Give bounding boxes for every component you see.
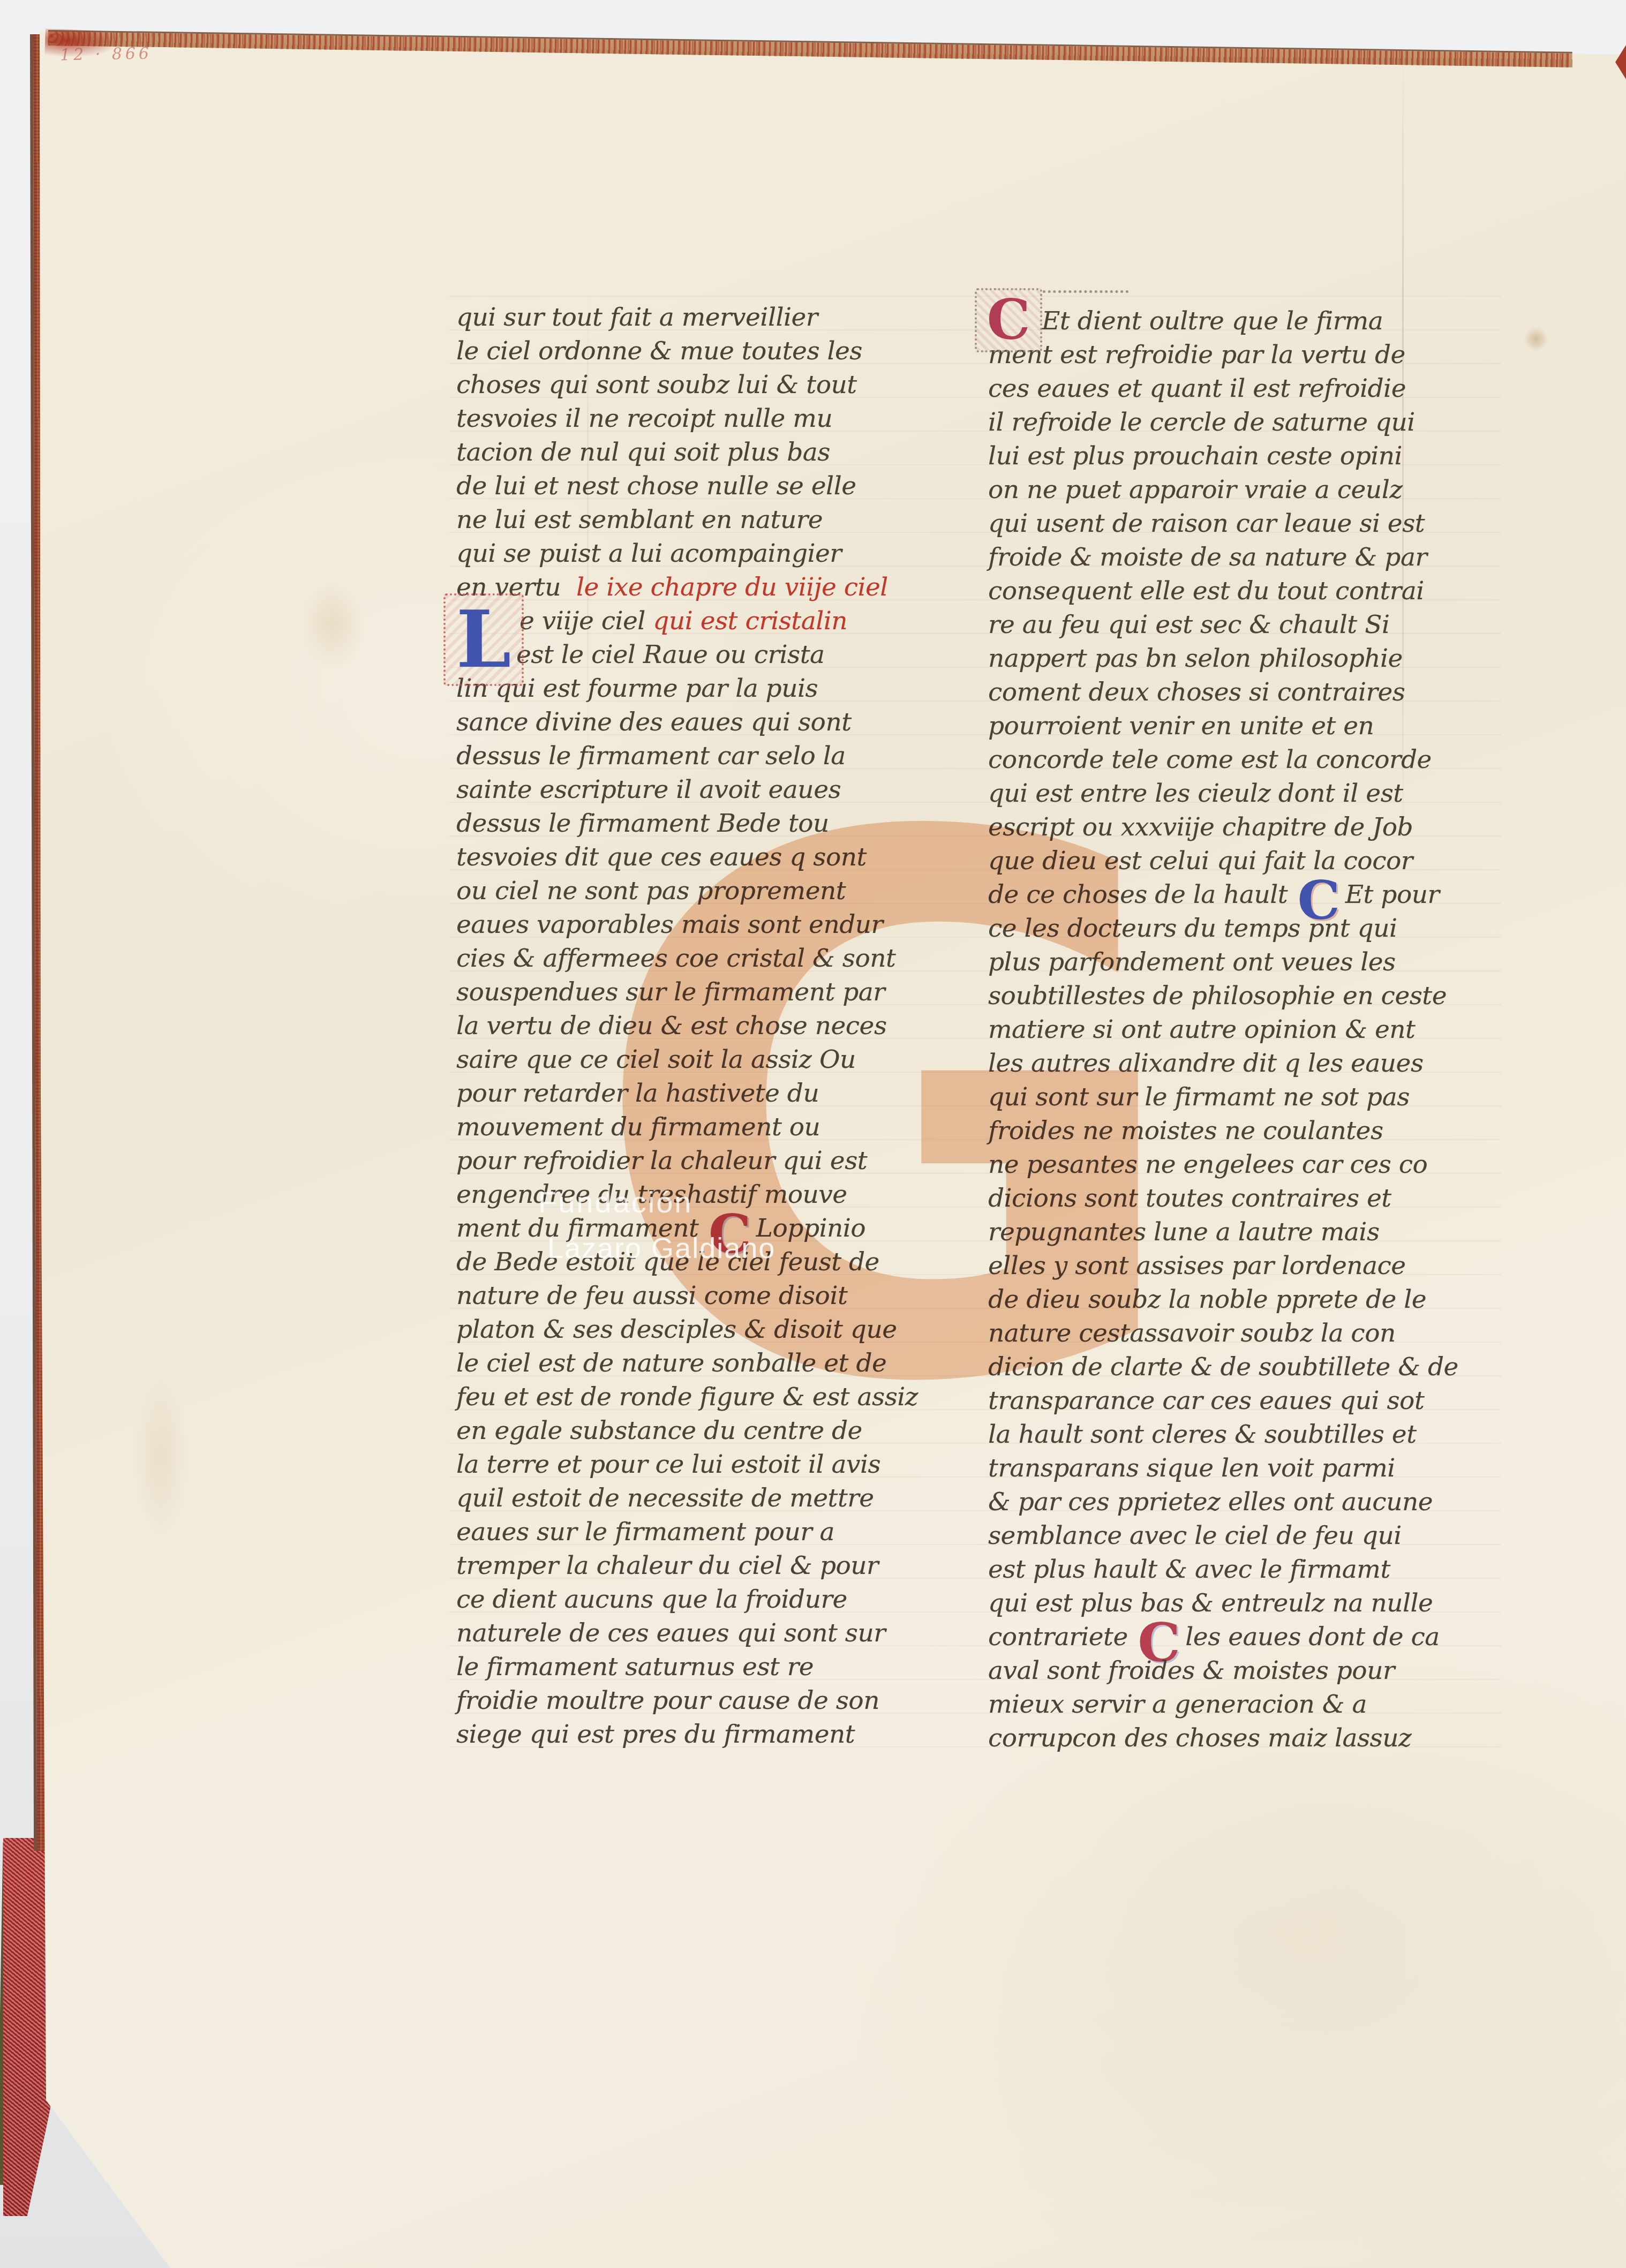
text-line: ne pesantes ne engelees car ces co	[988, 1149, 1489, 1182]
body-text: tesvoies dit que ces eaues q sont	[456, 842, 867, 872]
body-text: choses qui sont soubz lui & tout	[456, 370, 857, 400]
body-text: froidie moultre pour cause de son	[456, 1686, 879, 1715]
parchment-stain	[134, 1371, 187, 1542]
text-line: saire que ce ciel soit la assiz Ou	[456, 1044, 895, 1078]
body-text: ou ciel ne sont pas proprement	[456, 876, 846, 906]
text-line: qui est plus bas & entreulz na nulle	[988, 1587, 1489, 1621]
text-line: il refroide le cercle de saturne qui	[988, 406, 1489, 440]
text-line: contrariete Cles eaues dont de ca	[988, 1621, 1489, 1655]
text-line: re au feu qui est sec & chault Si	[988, 609, 1489, 643]
rubric-text: qui est cristalin	[653, 606, 847, 636]
body-text: pourroient venir en unite et en	[988, 711, 1374, 741]
body-text: ment est refroidie par la vertu de	[988, 340, 1405, 370]
body-text: les eaues dont de ca	[1185, 1622, 1440, 1652]
body-text: les autres alixandre dit q les eaues	[988, 1049, 1424, 1078]
text-line: la vertu de dieu & est chose neces	[456, 1010, 895, 1044]
body-text: saire que ce ciel soit la assiz Ou	[456, 1045, 856, 1074]
parchment-stain	[1524, 327, 1548, 351]
body-text: repugnantes lune a lautre mais	[988, 1217, 1380, 1247]
text-line: elles y sont assises par lordenace	[988, 1250, 1489, 1284]
body-text: feu et est de ronde figure & est assiz	[456, 1382, 918, 1412]
text-line: cies & affermees coe cristal & sont	[456, 943, 895, 976]
body-text: quil estoit de necessite de mettre	[456, 1483, 874, 1513]
body-text: engendree du treshastif mouve	[456, 1180, 847, 1209]
illuminated-initial-L: L	[443, 593, 524, 686]
text-line: tremper la chaleur du ciel & pour	[456, 1550, 895, 1584]
body-text: ne lui est semblant en nature	[456, 505, 823, 534]
body-text: transparance car ces eaues qui sot	[988, 1386, 1424, 1415]
text-line: dessus le firmament car selo la	[456, 740, 895, 774]
initial-letter: C	[987, 288, 1030, 352]
text-line: repugnantes lune a lautre mais	[988, 1216, 1489, 1250]
text-line: platon & ses desciples & disoit que	[456, 1314, 895, 1347]
body-text: & par ces pprietez elles ont aucune	[988, 1487, 1433, 1517]
body-text: soubtillestes de philosophie en ceste	[988, 981, 1447, 1011]
text-line: dessus le firmament Bede tou	[456, 808, 895, 841]
text-line: nature de feu aussi come disoit	[456, 1280, 895, 1314]
body-text: qui est plus bas & entreulz na nulle	[988, 1588, 1433, 1618]
body-text: souspendues sur le firmament par	[456, 977, 885, 1007]
text-line: la hault sont cleres & soubtilles et	[988, 1419, 1489, 1452]
text-line: transparans sique len voit parmi	[988, 1452, 1489, 1486]
text-line: la terre et pour ce lui estoit il avis	[456, 1449, 895, 1482]
text-line: le firmament saturnus est re	[456, 1651, 895, 1685]
top-left-inscription: 12 · 866	[60, 44, 153, 65]
text-line: Et dient oultre que le firma	[988, 305, 1489, 339]
body-text: de dieu soubz la noble pprete de le	[988, 1285, 1426, 1314]
text-line: concorde tele come est la concorde	[988, 744, 1489, 778]
text-line: qui sur tout fait a merveillier	[456, 302, 895, 335]
manuscript-photo: 12 · 866 qui sur tout fait a merveillier…	[0, 0, 1626, 2268]
body-text: tremper la chaleur du ciel & pour	[456, 1551, 878, 1580]
body-text: dessus le firmament Bede tou	[456, 809, 829, 838]
text-line: nappert pas bn selon philosophie	[988, 643, 1489, 676]
text-line: que dieu est celui qui fait la cocor	[988, 845, 1489, 879]
body-text: on ne puet apparoir vraie a ceulz	[988, 475, 1402, 504]
body-text: contrariete	[988, 1622, 1135, 1652]
text-line: les autres alixandre dit q les eaues	[988, 1048, 1489, 1081]
text-line: de Bede estoit que le ciel feust de	[456, 1246, 895, 1280]
body-text: la hault sont cleres & soubtilles et	[988, 1420, 1417, 1449]
body-text: eaues sur le firmament pour a	[456, 1517, 834, 1547]
text-line: mieux servir a generacion & a	[988, 1689, 1489, 1722]
text-line: tesvoies il ne recoipt nulle mu	[456, 403, 895, 436]
text-line: semblance avec le ciel de feu qui	[988, 1520, 1489, 1554]
body-text: semblance avec le ciel de feu qui	[988, 1521, 1402, 1550]
text-line: tacion de nul qui soit plus bas	[456, 436, 895, 470]
text-line: ces eaues et quant il est refroidie	[988, 373, 1489, 406]
body-text: cies & affermees coe cristal & sont	[456, 944, 895, 973]
body-text: le firmament saturnus est re	[456, 1652, 814, 1682]
text-line: coment deux choses si contraires	[988, 676, 1489, 710]
text-line: siege qui est pres du firmament	[456, 1719, 895, 1752]
body-text: concorde tele come est la concorde	[988, 745, 1432, 774]
body-text: ce dient aucuns que la froidure	[456, 1585, 847, 1614]
text-line: plus parfondement ont veues les	[988, 946, 1489, 980]
text-line: tesvoies dit que ces eaues q sont	[456, 841, 895, 875]
text-line: dicion de clarte & de soubtillete & de	[988, 1351, 1489, 1385]
body-text: mouvement du firmament ou	[456, 1112, 820, 1142]
body-text: nappert pas bn selon philosophie	[988, 644, 1403, 673]
text-line: de lui et nest chose nulle se elle	[456, 470, 895, 504]
parchment-stain	[300, 578, 364, 669]
body-text: de Bede estoit que le ciel feust de	[456, 1247, 879, 1277]
text-line: pour retarder la hastivete du	[456, 1078, 895, 1111]
body-text: plus parfondement ont veues les	[988, 947, 1396, 977]
body-text: sance divine des eaues qui sont	[456, 707, 852, 737]
text-line: transparance car ces eaues qui sot	[988, 1385, 1489, 1419]
initial-letter: L	[456, 594, 511, 685]
text-line: consequent elle est du tout contrai	[988, 575, 1489, 609]
text-line: ce les docteurs du temps pnt qui	[988, 913, 1489, 946]
text-line: pour refroidier la chaleur qui est	[456, 1145, 895, 1179]
body-text: ment du firmament	[456, 1214, 706, 1243]
text-line: froides ne moistes ne coulantes	[988, 1115, 1489, 1149]
body-text: est plus hault & avec le firmamt	[988, 1555, 1390, 1584]
body-text: le ciel ordonne & mue toutes les	[456, 336, 862, 366]
body-text: e viije ciel	[520, 606, 653, 636]
body-text: coment deux choses si contraires	[988, 677, 1405, 707]
text-line: engendree du treshastif mouve	[456, 1179, 895, 1212]
body-text: lui est plus prouchain ceste opini	[988, 441, 1402, 471]
body-text: naturele de ces eaues qui sont sur	[456, 1618, 885, 1648]
body-text: que dieu est celui qui fait la cocor	[988, 846, 1413, 876]
body-text: qui se puist a lui acompaingier	[456, 539, 841, 568]
text-line: ou ciel ne sont pas proprement	[456, 875, 895, 909]
text-line: sainte escripture il avoit eaues	[456, 774, 895, 808]
text-line: froide & moiste de sa nature & par	[988, 541, 1489, 575]
text-line: soubtillestes de philosophie en ceste	[988, 980, 1489, 1014]
body-text: la terre et pour ce lui estoit il avis	[456, 1450, 880, 1479]
body-text: escript ou xxxviije chapitre de Job	[988, 812, 1413, 842]
text-line: aval sont froides & moistes pour	[988, 1655, 1489, 1689]
body-text: ce les docteurs du temps pnt qui	[988, 914, 1397, 943]
text-line: matiere si ont autre opinion & ent	[988, 1014, 1489, 1048]
text-line: qui sont sur le firmamt ne sot pas	[988, 1081, 1489, 1115]
body-text: transparans sique len voit parmi	[988, 1453, 1395, 1483]
text-line: froidie moultre pour cause de son	[456, 1685, 895, 1719]
text-line: qui se puist a lui acompaingier	[456, 538, 895, 571]
text-line: pourroient venir en unite et en	[988, 710, 1489, 744]
text-line: nature cestassavoir soubz la con	[988, 1317, 1489, 1351]
body-text: il refroide le cercle de saturne qui	[988, 408, 1415, 437]
body-text: qui est entre les cieulz dont il est	[988, 779, 1403, 808]
text-line: on ne puet apparoir vraie a ceulz	[988, 474, 1489, 508]
body-text: aval sont froides & moistes pour	[988, 1656, 1395, 1685]
body-text: sainte escripture il avoit eaues	[456, 775, 841, 804]
text-line: escript ou xxxviije chapitre de Job	[988, 811, 1489, 845]
body-text: ces eaues et quant il est refroidie	[988, 374, 1406, 403]
text-line: corrupcon des choses maiz lassuz	[988, 1722, 1489, 1756]
body-text: qui sont sur le firmamt ne sot pas	[988, 1082, 1410, 1112]
body-text: platon & ses desciples & disoit que	[456, 1315, 897, 1344]
body-text: froides ne moistes ne coulantes	[988, 1116, 1383, 1146]
text-line: sance divine des eaues qui sont	[456, 706, 895, 740]
text-line: lui est plus prouchain ceste opini	[988, 440, 1489, 474]
body-text: eaues vaporables mais sont endur	[456, 910, 883, 939]
body-text: Et dient oultre que le firma	[1042, 306, 1383, 336]
body-text: le ciel est de nature sonballe et de	[456, 1348, 886, 1378]
body-text: dicions sont toutes contraires et	[988, 1184, 1391, 1213]
body-text: nature de feu aussi come disoit	[456, 1281, 847, 1310]
text-line: ment du firmament CLoppinio	[456, 1212, 895, 1246]
body-text: froide & moiste de sa nature & par	[988, 542, 1427, 572]
text-line: qui est entre les cieulz dont il est	[988, 778, 1489, 811]
text-line: ne lui est semblant en nature	[456, 504, 895, 538]
body-text: de lui et nest chose nulle se elle	[456, 471, 856, 501]
illuminated-initial-C: C	[975, 288, 1042, 352]
body-text: tacion de nul qui soit plus bas	[456, 438, 830, 467]
body-text: ne pesantes ne engelees car ces co	[988, 1150, 1427, 1179]
body-text: Loppinio	[756, 1214, 865, 1243]
text-column-left: qui sur tout fait a merveillierle ciel o…	[456, 302, 895, 1752]
body-text: nature cestassavoir soubz la con	[988, 1318, 1396, 1348]
body-text: mieux servir a generacion & a	[988, 1690, 1367, 1719]
text-line: souspendues sur le firmament par	[456, 976, 895, 1010]
text-line: le ciel est de nature sonballe et de	[456, 1347, 895, 1381]
body-text: de ce choses de la hault	[988, 880, 1296, 909]
body-text: elles y sont assises par lordenace	[988, 1251, 1406, 1280]
text-line: de ce choses de la hault CEt pour	[988, 879, 1489, 913]
text-column-right: Et dient oultre que le firmament est ref…	[988, 305, 1489, 1756]
body-text: dessus le firmament car selo la	[456, 741, 846, 771]
body-text: qui usent de raison car leaue si est	[988, 509, 1425, 538]
text-line: qui usent de raison car leaue si est	[988, 508, 1489, 541]
text-line: ment est refroidie par la vertu de	[988, 339, 1489, 373]
text-line: eaues sur le firmament pour a	[456, 1516, 895, 1550]
body-text: qui sur tout fait a merveillier	[456, 303, 818, 332]
body-text: la vertu de dieu & est chose neces	[456, 1011, 887, 1041]
body-text: pour refroidier la chaleur qui est	[456, 1146, 867, 1176]
body-text: dicion de clarte & de soubtillete & de	[988, 1352, 1458, 1382]
text-line: feu et est de ronde figure & est assiz	[456, 1381, 895, 1415]
body-text: re au feu qui est sec & chault Si	[988, 610, 1389, 639]
text-line: ce dient aucuns que la froidure	[456, 1584, 895, 1617]
body-text: est le ciel Raue ou crista	[516, 640, 825, 669]
rubric-text: le ixe chapre du viije ciel	[568, 572, 887, 602]
body-text: pour retarder la hastivete du	[456, 1079, 819, 1108]
body-text: tesvoies il ne recoipt nulle mu	[456, 404, 832, 433]
body-text: siege qui est pres du firmament	[456, 1720, 855, 1749]
text-line: naturele de ces eaues qui sont sur	[456, 1617, 895, 1651]
body-text: matiere si ont autre opinion & ent	[988, 1015, 1415, 1044]
body-text: corrupcon des choses maiz lassuz	[988, 1723, 1411, 1753]
text-line: de dieu soubz la noble pprete de le	[988, 1284, 1489, 1317]
body-text: consequent elle est du tout contrai	[988, 576, 1424, 606]
text-line: dicions sont toutes contraires et	[988, 1182, 1489, 1216]
text-line: le ciel ordonne & mue toutes les	[456, 335, 895, 369]
text-line: quil estoit de necessite de mettre	[456, 1482, 895, 1516]
text-line: en egale substance du centre de	[456, 1415, 895, 1449]
body-text: en egale substance du centre de	[456, 1416, 862, 1445]
text-line: & par ces pprietez elles ont aucune	[988, 1486, 1489, 1520]
text-line: choses qui sont soubz lui & tout	[456, 369, 895, 403]
text-line: mouvement du firmament ou	[456, 1111, 895, 1145]
text-line: est plus hault & avec le firmamt	[988, 1554, 1489, 1587]
body-text: Et pour	[1345, 880, 1440, 909]
text-line: eaues vaporables mais sont endur	[456, 909, 895, 943]
